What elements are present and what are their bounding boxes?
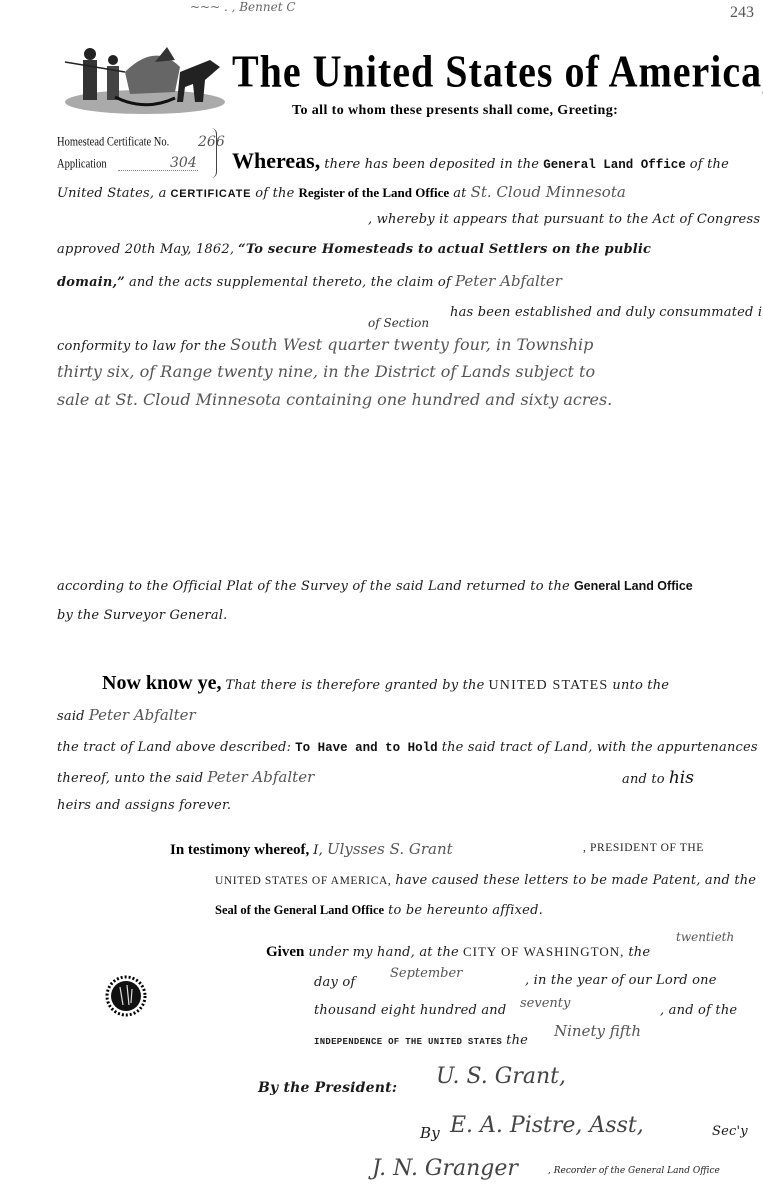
grant-line-3: the tract of Land above described: To Ha… — [57, 738, 758, 756]
testimony-line-1: In testimony whereof, I, Ulysses S. Gran… — [170, 840, 453, 859]
grant-line-2: said Peter Abfalter — [57, 706, 196, 725]
given-line-2-end: , in the year of our Lord one — [525, 973, 717, 988]
president-name: Ulysses S. Grant — [327, 840, 453, 858]
application-label: Application — [57, 158, 107, 171]
given-line-3-end: , and of the — [660, 1003, 737, 1018]
whereas-line-1: Whereas, there has been deposited in the… — [232, 148, 729, 174]
given-line-3: thousand eight hundred and — [314, 1003, 506, 1018]
given-line-1: Given under my hand, at the CITY OF WASH… — [266, 943, 650, 961]
independence-year: Ninety fifth — [554, 1022, 641, 1040]
recorder-signature: J. N. Granger — [372, 1156, 518, 1181]
grant-line-4-end: and to his — [622, 768, 694, 788]
homestead-cert-label: Homestead Certificate No. — [57, 136, 169, 149]
register-of-land-office: Register of the Land Office — [299, 185, 450, 200]
greeting: To all to whom these presents shall come… — [292, 103, 618, 119]
pronoun: his — [669, 768, 694, 788]
given-line-2: day of — [314, 973, 355, 991]
general-land-office: General Land Office — [543, 158, 686, 172]
whereas-line-4: approved 20th May, 1862, “To secure Home… — [57, 240, 651, 258]
given-line-4: INDEPENDENCE OF THE UNITED STATES the — [314, 1031, 528, 1049]
whereas-lead: Whereas, — [232, 148, 320, 173]
top-scribble: ~~~ . , Bennet C — [190, 0, 296, 14]
document-title: The United States of America, — [232, 44, 763, 98]
certificate-word: CERTIFICATE — [171, 188, 252, 200]
now-know-ye: Now know ye, — [102, 672, 221, 694]
application-number: 304 — [170, 155, 197, 171]
harvest-illustration-icon — [55, 32, 227, 122]
secy-label: Sec'y — [712, 1124, 748, 1139]
grant-line-5: heirs and assigns forever. — [57, 798, 231, 813]
grant-line-4: thereof, unto the said Peter Abfalter — [57, 768, 314, 787]
recorder-label: , Recorder of the General Land Office — [548, 1166, 720, 1176]
testimony-line-3: Seal of the General Land Office to be he… — [215, 901, 543, 919]
president-signature: U. S. Grant, — [436, 1064, 566, 1089]
city-of-washington: CITY OF WASHINGTON, — [463, 944, 624, 959]
testimony-line-2: UNITED STATES OF AMERICA, have caused th… — [215, 871, 756, 889]
day-value: twentieth — [676, 930, 734, 944]
homestead-act-quote: “To secure Homesteads to actual Settlers… — [238, 242, 651, 257]
grant-line-1: Now know ye, That there is therefore gra… — [102, 672, 669, 695]
grantee-name: Peter Abfalter — [89, 706, 196, 724]
secretary-signature: E. A. Pistre, Asst, — [450, 1113, 644, 1138]
by-label: By — [420, 1124, 440, 1142]
president-of-the: , PRESIDENT OF THE — [583, 842, 704, 854]
land-description-3: sale at St. Cloud Minnesota containing o… — [57, 390, 612, 409]
office-location: St. Cloud Minnesota — [471, 183, 626, 201]
claimant-name: Peter Abfalter — [455, 272, 562, 290]
land-description-1: South West quarter twenty four, in Towns… — [230, 335, 593, 354]
to-have-and-to-hold: To Have and to Hold — [295, 741, 438, 755]
year-value: seventy — [520, 996, 570, 1011]
whereas-line-7: conformity to law for the South West qua… — [57, 335, 593, 355]
land-office-seal-icon — [105, 975, 147, 1017]
by-the-president: By the President: — [258, 1080, 397, 1096]
page-number: 243 — [730, 4, 754, 22]
month-value: September — [390, 966, 462, 981]
land-description-2: thirty six, of Range twenty nine, in the… — [57, 362, 595, 381]
certificate-bracket — [208, 128, 217, 178]
grantee-name-2: Peter Abfalter — [207, 768, 314, 786]
in-testimony-whereof: In testimony whereof, — [170, 842, 309, 858]
whereas-line-5: domain,” and the acts supplemental there… — [57, 272, 562, 291]
whereas-line-2: United States, a CERTIFICATE of the Regi… — [57, 183, 626, 202]
survey-line-2: by the Surveyor General. — [57, 608, 227, 623]
whereas-line-6: has been established and duly consummate… — [450, 305, 763, 320]
insert-of-section: of Section — [368, 316, 429, 330]
whereas-line-3: , whereby it appears that pursuant to th… — [368, 212, 760, 227]
survey-line-1: according to the Official Plat of the Su… — [57, 577, 693, 595]
general-land-office-2: General Land Office — [574, 579, 693, 593]
given-lead: Given — [266, 944, 304, 960]
